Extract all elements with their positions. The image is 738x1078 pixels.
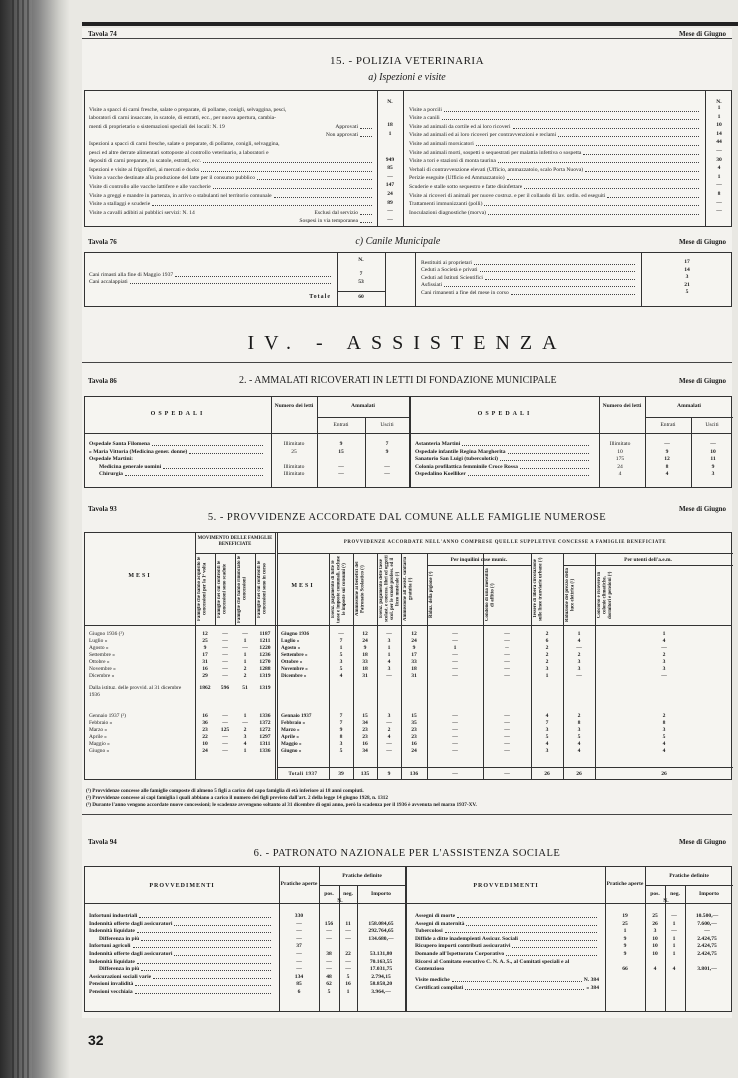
item-value: —	[377, 174, 403, 183]
aperte-value: 9	[605, 951, 645, 958]
leader-dots	[141, 940, 271, 941]
table-row: Ospedale Martini:	[89, 456, 409, 464]
item-label: Cani accalappiati	[89, 279, 128, 286]
cell-value: --	[483, 645, 531, 652]
item-value: 1	[705, 174, 733, 183]
importo-value: 158.084,65	[357, 921, 405, 928]
extra-label: Visite mediche	[415, 977, 450, 984]
leader-dots	[360, 214, 372, 215]
entered-value: 9	[317, 441, 365, 448]
list-item: Ceduti ad Istituti Scientifici	[421, 274, 637, 282]
col-mesi-right: MESI	[277, 583, 329, 590]
item-label: Visite ad animali ed ai loro ricoveri pe…	[409, 132, 556, 139]
page-number: 32	[88, 1032, 104, 1048]
provvedimento-label: Pensioni vecchiaia	[89, 989, 133, 996]
cell-value: 23	[195, 727, 215, 734]
item-label: Scuderie e stalle sotto sequestro e fatt…	[409, 184, 522, 191]
provvedimento-name: Infortuni industriali	[89, 913, 273, 920]
provvedimento-name: Differenza in più	[99, 966, 273, 973]
month-label: Novembre »	[281, 666, 329, 673]
extra-value: » 384	[586, 985, 599, 992]
leader-dots	[520, 940, 597, 941]
leader-dots	[583, 154, 699, 155]
provvedimento-label: Assicurazioni sociali varie	[89, 974, 151, 981]
leader-dots	[466, 925, 597, 926]
list-item: Cani accalappiati	[89, 279, 333, 287]
list-item: Verbali di contravvenzione elevati (Uffi…	[409, 165, 701, 174]
hospital-label: Medicina generale uomini	[99, 464, 161, 471]
cell-value: —	[427, 631, 483, 638]
month-label: Ottobre »	[89, 659, 193, 666]
tav86-right-rows: Astanteria MartiniIllimitato——Ospedale i…	[415, 441, 733, 479]
entered-value: —	[317, 471, 365, 478]
item-value: 7	[337, 271, 385, 279]
table-row: Colonia profilattica femminile Croce Ros…	[415, 464, 733, 472]
cell-value: 1272	[255, 727, 275, 734]
item-label: Visite a vacche destinate alla produzion…	[89, 175, 255, 182]
cell-value: 16	[401, 741, 427, 748]
hospital-label: Ospedale Santa Filomena	[89, 441, 150, 448]
list-item: Trattamenti immunizzanti (polli)	[409, 200, 701, 209]
provvedimento-name: Infortuni agricoli	[89, 943, 273, 950]
leader-dots	[468, 475, 589, 476]
cell-value: 3	[563, 666, 595, 673]
item-sublabel: Esclusi dal servizio	[315, 210, 359, 217]
table-row: Ospedale Santa FilomenaIllimitato97	[89, 441, 409, 449]
column-header: Esenz. pagamento delle tasse scolast. e …	[379, 555, 399, 623]
leader-dots	[524, 188, 699, 189]
importo-value: 2.794,15	[357, 974, 405, 981]
cell-value: 24	[195, 748, 215, 755]
provvedimento-label: Ricorsi al Comitato esecutivo C. N. A. S…	[415, 959, 569, 972]
list-item: Non approvati	[89, 131, 374, 140]
cell-value: 22	[195, 734, 215, 741]
cell-value: 1319	[255, 685, 275, 692]
cell-value: —	[595, 645, 733, 652]
beds-value: 175	[597, 456, 643, 463]
beds-value: Illimitato	[271, 471, 317, 478]
cell-value: 2	[235, 727, 255, 734]
pos-value: 4	[645, 966, 665, 973]
cell-value: 1336	[255, 713, 275, 720]
cell-value: 1	[427, 645, 483, 652]
leader-dots	[520, 468, 589, 469]
hospital-label: Ospedalino Koelliker	[415, 471, 466, 478]
item-label: Visite a cavalli adibiti ai pubblici ser…	[89, 210, 195, 217]
pos-value: —	[319, 966, 339, 973]
leader-dots	[201, 171, 372, 172]
tav74-left-values: 18194985—1472489——	[377, 105, 403, 225]
neg-value: —	[339, 928, 357, 935]
month-label: Marzo »	[89, 727, 193, 734]
leader-dots	[133, 947, 272, 948]
month-label: Aprile »	[89, 734, 193, 741]
importo-value: 3.964,—	[357, 989, 405, 996]
provvedimento-label: Diffide a ditte inadempienti Assicur. So…	[415, 936, 518, 943]
col-importo: Importo	[357, 891, 405, 898]
cell-value: 9	[353, 645, 377, 652]
total-value: 9	[377, 771, 401, 778]
exited-value: —	[365, 471, 409, 478]
list-item: Visite ad animali morsicatori	[409, 139, 701, 148]
month-label: Giugno 1936	[281, 631, 329, 638]
importo-value: 53.131,80	[357, 951, 405, 958]
exited-value: 11	[691, 456, 735, 463]
tav86-label: Tavola 86	[88, 377, 117, 385]
cell-value: —	[483, 713, 531, 720]
table-row: Assicurazioni sociali varie1344852.794,1…	[89, 974, 405, 982]
item-value: —	[705, 148, 733, 157]
provvedimento-name: Indennità liquidate	[89, 928, 273, 935]
col-usciti: Usciti	[365, 422, 409, 429]
hospital-label: Astanteria Martini	[415, 441, 460, 448]
cell-value: —	[483, 727, 531, 734]
table-row: Indennità liquidate———70.163,55	[89, 959, 405, 967]
col-definite: Pratiche definite	[319, 873, 405, 880]
importo-value: 2.424,75	[683, 951, 731, 958]
month-label: Dalla istituz. delle provvid. al 31 dice…	[89, 685, 193, 699]
cell-value: —	[329, 631, 353, 638]
beds-value: Illimitato	[597, 441, 643, 448]
list-item: Certificati compilati» 384	[415, 984, 599, 992]
hospital-label: Sanatorio San Luigi (tubercolotici)	[415, 456, 498, 463]
exited-value: 10	[691, 449, 735, 456]
cell-value: 3	[377, 666, 401, 673]
cell-value: 1336	[255, 748, 275, 755]
cell-value: 23	[401, 734, 427, 741]
aperte-value: 9	[605, 936, 645, 943]
list-item: pesci ed altre derrate alimentari sottop…	[89, 148, 374, 157]
cell-value: —	[427, 659, 483, 666]
hospital-name: Medicina generale uomini	[99, 464, 265, 471]
col-entrati-right: Entrati	[645, 422, 691, 429]
table-row: Medicina generale uominiIllimitato——	[89, 464, 409, 472]
cell-value: 51	[235, 685, 255, 692]
cell-value: —	[215, 734, 235, 741]
aperte-value: 37	[279, 943, 319, 950]
leader-dots	[152, 205, 372, 206]
cell-value: —	[595, 673, 733, 680]
note-3: (³) Durante l'anno vengono accordate nuo…	[86, 802, 730, 809]
cell-value: —	[427, 748, 483, 755]
cell-value: —	[483, 666, 531, 673]
importo-value: 10.500,—	[683, 913, 731, 920]
provvedimento-name: Assegni di maternità	[415, 921, 599, 928]
list-item: Visite a canili	[409, 114, 701, 123]
leader-dots	[506, 955, 597, 956]
leader-dots	[360, 136, 372, 137]
neg-value: 11	[339, 921, 357, 928]
cell-value: 8	[563, 720, 595, 727]
importo-value: —	[683, 928, 731, 935]
beds-value: 4	[597, 471, 643, 478]
provvedimento-name: Domande all'Ispettorato Corporativo	[415, 951, 599, 958]
column-header: Riduz. della pigione (¹)	[429, 567, 449, 623]
provvedimento-label: Infortuni agricoli	[89, 943, 131, 950]
cell-value: 1288	[255, 666, 275, 673]
tav74-title: 15. - POLIZIA VETERINARIA	[82, 55, 732, 67]
leader-dots	[513, 128, 699, 129]
cell-value: 5	[329, 666, 353, 673]
leader-dots	[152, 445, 263, 446]
list-item: menti di proprietario o sistemazioni spe…	[89, 122, 374, 131]
item-value: 18	[377, 122, 403, 131]
item-value: 53	[337, 279, 385, 287]
importo-value: 3.801,—	[683, 966, 731, 973]
hospital-label: Ospedale infantile Regina Margherita	[415, 449, 506, 456]
cell-value: 5	[595, 734, 733, 741]
cell-value: 1	[235, 659, 255, 666]
cell-value: —	[377, 673, 401, 680]
cell-value: —	[483, 748, 531, 755]
cell-value: —	[483, 741, 531, 748]
provvedimento-label: Pensioni invalidità	[89, 981, 133, 988]
divider	[82, 38, 732, 39]
list-item: Asfissiati	[421, 282, 637, 290]
month-label: Gennaio 1937 (²)	[89, 713, 193, 720]
tav76-table: N. Cani rimasti alla fine di Maggio 1937…	[84, 252, 732, 307]
cell-value: —	[377, 720, 401, 727]
cell-value: —	[215, 645, 235, 652]
cell-value: 33	[401, 659, 427, 666]
table-row: » Maria Vittoria (Medicina gener. donne)…	[89, 449, 409, 457]
neg-value: 16	[339, 981, 357, 988]
cell-value: 4	[563, 741, 595, 748]
column-header: Riduzione del prezzo della luce elettric…	[565, 567, 585, 623]
tav76-header-row: Tavola 76 c) Canile Municipale Mese di G…	[82, 236, 732, 247]
cell-value: 35	[401, 720, 427, 727]
table-row: Ricorsi al Comitato esecutivo C. N. A. S…	[415, 959, 733, 973]
list-item: Ispezioni a spacci di carni fresche, sal…	[89, 139, 374, 148]
tav76-title: c) Canile Municipale	[355, 236, 440, 247]
cell-value: 4	[329, 673, 353, 680]
item-value: 21	[641, 282, 733, 290]
col-mesi: MESI	[85, 573, 195, 580]
column-header: Tessere di libera circolazione sulle lin…	[533, 555, 553, 623]
item-label: pesci ed altre derrate alimentari sottop…	[89, 150, 269, 157]
col-provvedimenti: PROVVEDIMENTI	[85, 883, 279, 890]
list-item: Scuderie e stalle sotto sequestro e fatt…	[409, 182, 701, 191]
item-value: 8	[705, 191, 733, 200]
col-n: N.	[331, 898, 349, 905]
column-header: Famiglie nei cui confronti le concession…	[257, 555, 273, 623]
month-label: Giugno 1936 (²)	[89, 631, 193, 638]
cell-value: 4	[563, 748, 595, 755]
tav74-right-list: Visite a porciliVisite a caniliVisite ad…	[409, 105, 701, 217]
pos-value: 26	[645, 921, 665, 928]
item-value: 17	[641, 259, 733, 267]
item-value: 4	[705, 165, 733, 174]
provvedimento-name: Ricorsi al Comitato esecutivo C. N. A. S…	[415, 959, 599, 973]
cell-value: 1	[329, 645, 353, 652]
group-inquilini: Per inquilini case munic.	[427, 557, 531, 563]
month-label: Febbraio »	[281, 720, 329, 727]
cell-value: 4	[377, 659, 401, 666]
cell-value: 1319	[255, 673, 275, 680]
cell-value: —	[427, 741, 483, 748]
leader-dots	[125, 475, 263, 476]
month-label: Febbraio »	[89, 720, 193, 727]
cell-value: 18	[353, 666, 377, 673]
leader-dots	[137, 963, 271, 964]
hospital-name: Ospedale infantile Regina Margherita	[415, 449, 591, 456]
table-row: Domande all'Ispettorato Corporativo91012…	[415, 951, 733, 959]
item-value: —	[705, 182, 733, 191]
section-title: IV. - ASSISTENZA	[82, 332, 732, 355]
column-header: Famiglie nei cui confronti le concession…	[217, 555, 233, 623]
column-header: Famiglie che hanno acquisito le concessi…	[197, 555, 213, 623]
tav76-right-values: 17143215	[641, 259, 733, 297]
entered-value: —	[643, 441, 691, 448]
entered-value: 4	[643, 471, 691, 478]
month-label: Marzo »	[281, 727, 329, 734]
leader-dots	[442, 119, 699, 120]
list-item: Visite a vacche destinate alla produzion…	[89, 174, 374, 183]
cell-value: 1297	[255, 734, 275, 741]
aperte-value: —	[279, 951, 319, 958]
cell-value: 16	[195, 713, 215, 720]
cell-value: —	[235, 720, 255, 727]
cell-value: 1	[377, 652, 401, 659]
tav74-left-list: Visite a spacci di carni fresche, salate…	[89, 105, 374, 225]
cell-value: 1	[235, 638, 255, 645]
list-item: Cani rimasti alla fine di Maggio 1937	[89, 271, 333, 279]
cell-value: 15	[401, 713, 427, 720]
importo-value: 292.764,65	[357, 928, 405, 935]
cell-value: —	[215, 638, 235, 645]
aperte-value: 330	[279, 913, 319, 920]
list-item: Ispezioni e visite ai frigoriferi, ai me…	[89, 165, 374, 174]
col-pos-right: pos.	[645, 891, 665, 898]
item-label: Visite ad animali morsicatori	[409, 141, 474, 148]
list-item: Perizie eseguite (Ufficio ed Ammazzatoio…	[409, 174, 701, 183]
hospital-label: Colonia profilattica femminile Croce Ros…	[415, 464, 518, 471]
exited-value: 9	[691, 464, 735, 471]
tav93-notes: (¹) Provvidenze concesse alle famiglie c…	[86, 788, 730, 809]
aperte-value: —	[279, 936, 319, 943]
col-neg-right: neg.	[665, 891, 685, 898]
list-item: Ceduti a Società e privati	[421, 267, 637, 275]
tav94-title: 6. - PATRONATO NAZIONALE PER L'ASSISTENZ…	[82, 848, 732, 859]
table-row: Differenza in più———17.031,75	[89, 966, 405, 974]
entered-value: —	[317, 464, 365, 471]
item-sublabel: Sospesi in via temporanea	[299, 218, 358, 225]
provvedimento-label: Differenza in più	[99, 936, 139, 943]
list-item: Restituiti ai proprietari	[421, 259, 637, 267]
provvedimento-label: Assegni di morte	[415, 913, 455, 920]
cell-value: 2	[235, 673, 255, 680]
tav86-header-row: Tavola 86 2. - AMMALATI RICOVERATI IN LE…	[82, 375, 732, 386]
item-label: Inoculazioni diagnostiche (morva)	[409, 210, 486, 217]
cell-value: 9	[329, 727, 353, 734]
neg-value: 1	[665, 936, 683, 943]
cell-value: —	[563, 673, 595, 680]
item-value	[377, 114, 403, 123]
pos-value: 10	[645, 936, 665, 943]
cell-value: 4	[235, 741, 255, 748]
item-label: Visite a stallaggi e scuderie	[89, 201, 150, 208]
leader-dots	[139, 917, 271, 918]
cell-value: 4	[595, 638, 733, 645]
cell-value: 18	[353, 652, 377, 659]
item-value: 30	[705, 157, 733, 166]
item-value: 44	[705, 139, 733, 148]
leader-dots	[130, 283, 331, 284]
aperte-value: 25	[605, 921, 645, 928]
extra-value: N. 384	[584, 977, 599, 984]
aperte-value: 85	[279, 981, 319, 988]
month-label: Gennaio 1937	[281, 713, 329, 720]
leader-dots	[137, 932, 271, 933]
item-label: Visite a greggi e mandre in partenza, in…	[89, 193, 272, 200]
table-row: Pensioni vecchiaia6513.964,—	[89, 989, 405, 997]
cell-value: —	[483, 638, 531, 645]
col-ammalati: Ammalati	[317, 403, 409, 410]
cell-value: 8	[329, 734, 353, 741]
cell-value: —	[427, 734, 483, 741]
cell-value: —	[377, 631, 401, 638]
leader-dots	[457, 917, 597, 918]
cell-value: —	[215, 748, 235, 755]
provvedimento-name: Differenza in più	[99, 936, 273, 943]
leader-dots	[213, 188, 372, 189]
provvedimento-name: Pensioni vecchiaia	[89, 989, 273, 996]
entered-value: 8	[643, 464, 691, 471]
cell-value: —	[483, 720, 531, 727]
month-label: Ottobre »	[281, 659, 329, 666]
table-row: Sanatorio San Luigi (tubercolotici)17512…	[415, 456, 733, 464]
pos-value: 156	[319, 921, 339, 928]
column-header: Esenz. pagamento di tutte le tasse e imp…	[331, 555, 351, 623]
tav76-left-values: 753	[337, 271, 385, 286]
leader-dots	[488, 214, 699, 215]
tav94-right-rows: Assegni di morte1925—10.500,—Assegni di …	[415, 913, 733, 992]
exited-value: 9	[365, 449, 409, 456]
cell-value: 4	[595, 741, 733, 748]
leader-dots	[445, 932, 597, 933]
cell-value: 25	[195, 638, 215, 645]
list-item: Visite a stallaggi e scuderie	[89, 200, 374, 209]
hospital-name: » Maria Vittoria (Medicina gener. donne)	[89, 449, 265, 456]
month-label: Mese di Giugno	[679, 377, 726, 385]
col-provvidenze: Provvidenze accordate nell'anno comprese…	[277, 540, 733, 545]
neg-value: 4	[665, 966, 683, 973]
month-label: Giugno »	[281, 748, 329, 755]
total-value: —	[427, 771, 483, 778]
month-label: Mese di Giugno	[679, 238, 726, 246]
cell-value: 12	[401, 631, 427, 638]
item-value: —	[705, 208, 733, 217]
leader-dots	[360, 222, 372, 223]
leader-dots	[141, 970, 271, 971]
tav74-table: N. N. Visite a spacci di carni fresche, …	[84, 90, 732, 227]
cell-value: —	[215, 631, 235, 638]
cell-value: 4	[563, 638, 595, 645]
cell-value: 24	[401, 748, 427, 755]
cell-value: 3	[563, 659, 595, 666]
table-row: ChirurgiaIllimitato——	[89, 471, 409, 479]
col-pos: pos.	[319, 891, 339, 898]
leader-dots	[163, 468, 263, 469]
total-value: —	[483, 771, 531, 778]
pos-value: 62	[319, 981, 339, 988]
col-definite-right: Pratiche definite	[645, 873, 733, 880]
table-row: Pensioni invalidità85621658.858,20	[89, 981, 405, 989]
item-label: Trattamenti immunizzanti (polli)	[409, 201, 482, 208]
month-label: Luglio »	[281, 638, 329, 645]
tav86-title: 2. - AMMALATI RICOVERATI IN LETTI DI FON…	[239, 375, 557, 386]
table-row: Ricupero importi contributi assicurativi…	[415, 943, 733, 951]
